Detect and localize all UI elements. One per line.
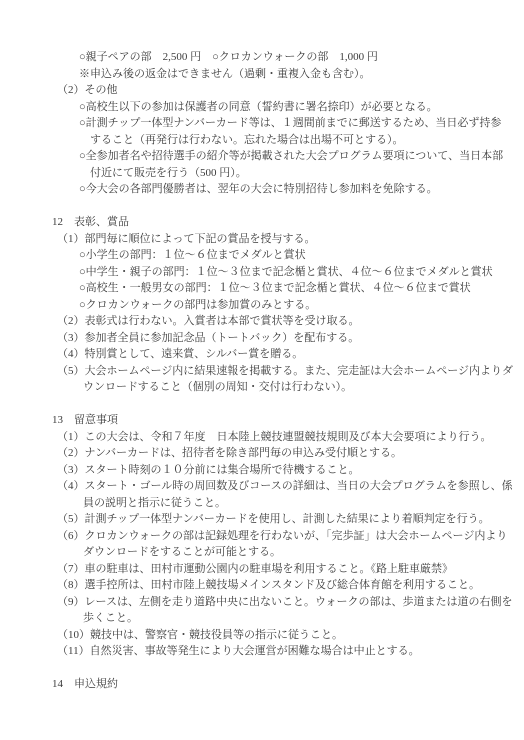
numbered-item: （2）ナンバーカードは、招待者を除き部門毎の申込み受付順とする。 bbox=[0, 445, 524, 462]
bullet-item: ○高校生以下の参加は保護者の同意（誓約書に署名捺印）が必要となる。 bbox=[0, 99, 524, 116]
numbered-item: （5）計測チップ一体型ナンバーカードを使用し、計測した結果により着順判定を行う。 bbox=[0, 511, 524, 528]
numbered-item: （9）レースは、左側を走り道路中央に出ないこと。ウォークの部は、歩道または道の右… bbox=[0, 594, 524, 611]
bullet-item: ○高校生・一般男女の部門：１位～３位まで記念楯と賞状、４位～６位まで賞状 bbox=[0, 280, 524, 297]
continuation-line: 歩くこと。 bbox=[0, 610, 524, 627]
bullet-item: ○計測チップ一体型ナンバーカード等は、１週間前までに郵送するため、当日必ず持参 bbox=[0, 115, 524, 132]
numbered-item: （1）部門毎に順位によって下記の賞品を授与する。 bbox=[0, 231, 524, 248]
continuation-line: ウンロードすること（個別の周知・交付は行わない）。 bbox=[0, 379, 524, 396]
continuation-line: 付近にて販売を行う（500 円）。 bbox=[0, 165, 524, 182]
numbered-item: （2）表彰式は行わない。入賞者は本部で賞状等を受け取る。 bbox=[0, 313, 524, 330]
bullet-item: ○クロカンウォークの部門は参加賞のみとする。 bbox=[0, 297, 524, 314]
bullet-item: ○小学生の部門：１位～６位までメダルと賞状 bbox=[0, 247, 524, 264]
note-item: ※申込み後の返金はできません（過剰・重複入金も含む）。 bbox=[0, 66, 524, 83]
numbered-item: （10）競技中は、警察官・競技役員等の指示に従うこと。 bbox=[0, 627, 524, 644]
numbered-item: （3）スタート時刻の１０分前には集合場所で待機すること。 bbox=[0, 462, 524, 479]
bullet-item: ○親子ペアの部 2,500 円 ○クロカンウォークの部 1,000 円 bbox=[0, 49, 524, 66]
section-heading-14: 14 申込規約 bbox=[0, 676, 524, 693]
continuation-line: すること（再発行は行わない。忘れた場合は出場不可とする）。 bbox=[0, 132, 524, 149]
numbered-item: （6）クロカンウォークの部は記録処理を行わないが、「完歩証」は大会ホームページ内… bbox=[0, 528, 524, 545]
numbered-item: （2）その他 bbox=[0, 82, 524, 99]
section-heading-13: 13 留意事項 bbox=[0, 412, 524, 429]
document-page: ○親子ペアの部 2,500 円 ○クロカンウォークの部 1,000 円 ※申込み… bbox=[0, 0, 524, 740]
numbered-item: （8）選手控所は、田村市陸上競技場メインスタンド及び総合体育館を利用すること。 bbox=[0, 577, 524, 594]
bullet-item: ○今大会の各部門優勝者は、翌年の大会に特別招待し参加料を免除する。 bbox=[0, 181, 524, 198]
numbered-item: （4）特別賞として、遠来賞、シルバー賞を贈る。 bbox=[0, 346, 524, 363]
section-heading-12: 12 表彰、賞品 bbox=[0, 214, 524, 231]
numbered-item: （5）大会ホームページ内に結果速報を掲載する。また、完走証は大会ホームページ内よ… bbox=[0, 363, 524, 380]
numbered-item: （11）自然災害、事故等発生により大会運営が困難な場合は中止とする。 bbox=[0, 643, 524, 660]
numbered-item: （7）車の駐車は、田村市運動公園内の駐車場を利用すること。《路上駐車厳禁》 bbox=[0, 561, 524, 578]
numbered-item: （1）この大会は、令和７年度 日本陸上競技連盟競技規則及び本大会要項により行う。 bbox=[0, 429, 524, 446]
bullet-item: ○中学生・親子の部門：１位～３位まで記念楯と賞状、４位～６位までメダルと賞状 bbox=[0, 264, 524, 281]
continuation-line: 員の説明と指示に従うこと。 bbox=[0, 495, 524, 512]
numbered-item: （4）スタート・ゴール時の周回数及びコースの詳細は、当日の大会プログラムを参照し… bbox=[0, 478, 524, 495]
continuation-line: ダウンロードをすることが可能とする。 bbox=[0, 544, 524, 561]
numbered-item: （3）参加者全員に参加記念品（トートバック）を配布する。 bbox=[0, 330, 524, 347]
bullet-item: ○全参加者名や招待選手の紹介等が掲載された大会プログラム要項について、当日本部 bbox=[0, 148, 524, 165]
